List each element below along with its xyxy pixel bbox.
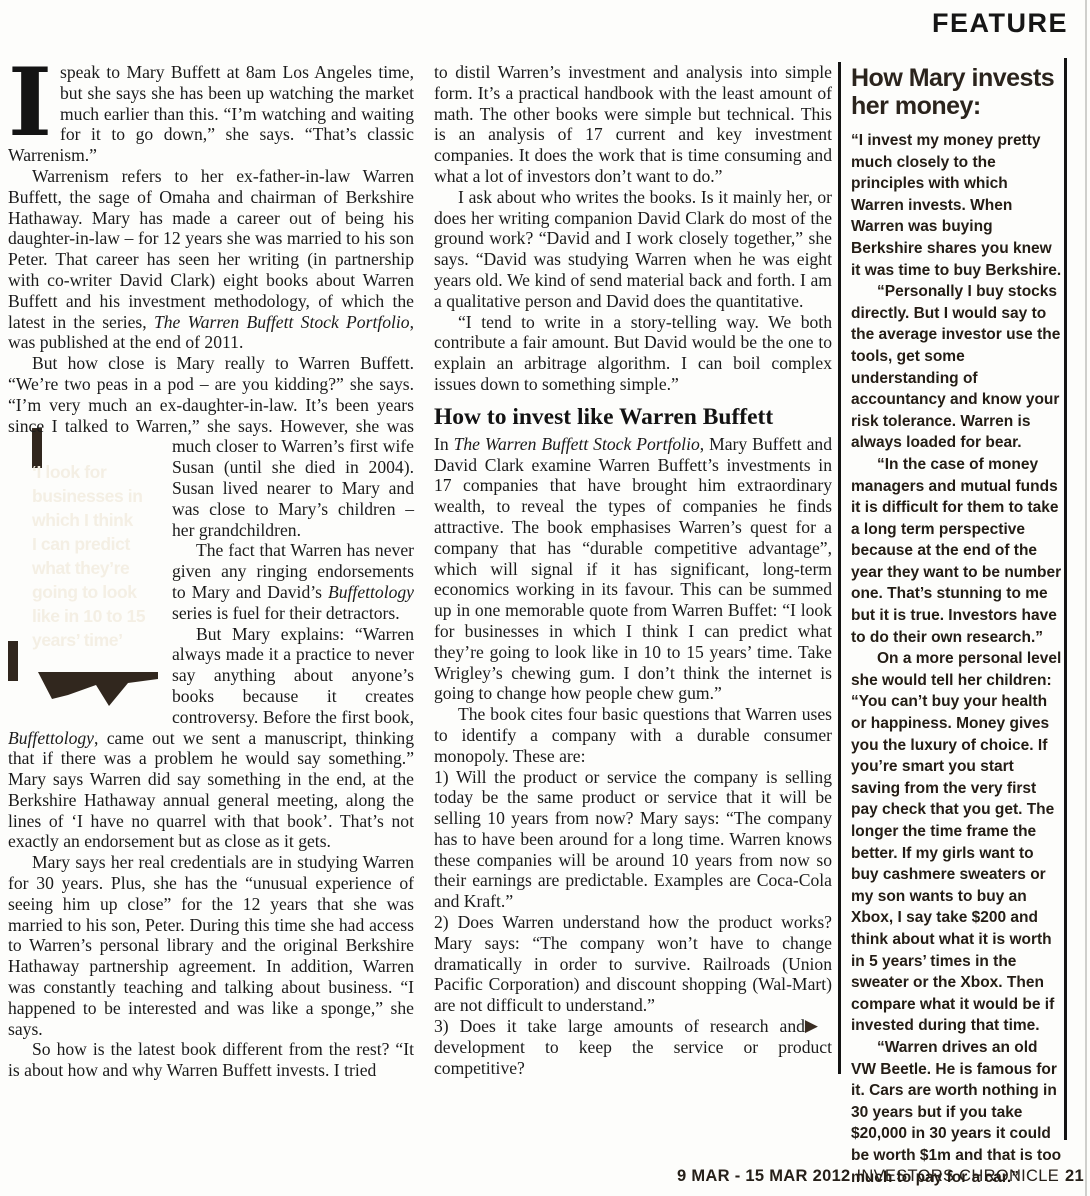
sidebar-title: How Mary invests her money: [851, 64, 1063, 120]
left-column: Ispeak to Mary Buffett at 8am Los Angele… [8, 62, 414, 1081]
page-footer: 9 MAR - 15 MAR 2012 INVESTORS CHRONICLE … [677, 1167, 1084, 1186]
paragraph-text: Buffettology [8, 728, 94, 748]
list-item: 1) Will the product or service the compa… [434, 767, 832, 913]
continuation-arrow-icon: ▶ [805, 1016, 818, 1037]
paragraph: I ask about who writes the books. Is it … [434, 187, 832, 312]
paragraph: Warrenism refers to her ex-father-in-law… [8, 166, 414, 353]
pull-quote-line: which I think [8, 508, 160, 532]
paragraph-text: But Mary explains: “Warren always made i… [172, 624, 414, 727]
paragraph: Mary says her real credentials are in st… [8, 852, 414, 1039]
paragraph: to distil Warren’s investment and analys… [434, 62, 832, 187]
footer-page-number: 21 [1065, 1167, 1084, 1186]
pull-quote-line: what they’re [8, 556, 160, 580]
magazine-page: FEATURE Ispeak to Mary Buffett at 8am Lo… [0, 0, 1090, 1196]
subheading: How to invest like Warren Buffett [434, 404, 832, 431]
sidebar-paragraph: On a more personal level she would tell … [851, 648, 1063, 1037]
pull-quote: ‘I look for businesses in which I think … [8, 439, 160, 708]
list-item: 2) Does Warren understand how the produc… [434, 912, 832, 1016]
drop-cap: I [8, 65, 52, 145]
paragraph-text: speak to Mary Buffett at 8am Los Angeles… [8, 62, 414, 165]
pull-quote-line: like in 10 to 15 [8, 604, 160, 628]
speech-bubble-tail-icon [8, 672, 160, 708]
paragraph: But how close is Mary really to Warren B… [8, 353, 414, 540]
sidebar-paragraph: “In the case of money managers and mutua… [851, 454, 1063, 648]
page-edge-line [1085, 0, 1087, 1196]
pull-quote-line: years’ time’ [8, 628, 160, 652]
paragraph-text: series is fuel for their detractors. [172, 603, 400, 623]
paragraph-text: The Warren Buffett Stock Portfolio [454, 434, 700, 454]
paragraph-text: In [434, 434, 454, 454]
sidebar-box: How Mary invests her money: “I invest my… [851, 64, 1063, 1188]
paragraph: In The Warren Buffett Stock Portfolio, M… [434, 434, 832, 704]
paragraph-text: Buffettology [328, 582, 414, 602]
article-body: Ispeak to Mary Buffett at 8am Los Angele… [8, 62, 832, 1081]
pull-quote-line: ‘I look for [8, 460, 160, 484]
pull-quote-line: businesses in [8, 484, 160, 508]
paragraph-text: The Warren Buffett Stock Portfolio [154, 312, 410, 332]
pull-quote-line: I can predict [8, 532, 160, 556]
pull-quote-box: ‘I look for businesses in which I think … [8, 428, 160, 681]
list-item: ▶3) Does it take large amounts of resear… [434, 1016, 832, 1078]
paragraph-text: , Mary Buffett and David Clark examine W… [434, 434, 832, 704]
paragraph-text: But how close is Mary really to Warren B… [8, 353, 414, 435]
sidebar-paragraph: “Warren drives an old VW Beetle. He is f… [851, 1037, 1063, 1188]
paragraph-text: 3) Does it take large amounts of researc… [434, 1016, 832, 1078]
paragraph: So how is the latest book different from… [8, 1039, 414, 1081]
footer-date-range: 9 MAR - 15 MAR 2012 [677, 1167, 851, 1186]
paragraph: Ispeak to Mary Buffett at 8am Los Angele… [8, 62, 414, 166]
section-label: FEATURE [932, 8, 1068, 39]
paragraph: “I tend to write in a story-telling way.… [434, 312, 832, 395]
middle-column: to distil Warren’s investment and analys… [434, 62, 832, 1081]
footer-publication: INVESTORS CHRONICLE [857, 1167, 1060, 1186]
sidebar-left-rule [838, 62, 841, 1074]
sidebar-right-rule [1064, 58, 1067, 1140]
paragraph-text: Warrenism refers to her ex-father-in-law… [8, 166, 414, 332]
sidebar-paragraph: “I invest my money pretty much closely t… [851, 130, 1063, 281]
pull-quote-line: going to look [8, 580, 160, 604]
paragraph: The book cites four basic questions that… [434, 704, 832, 766]
sidebar-paragraph: “Personally I buy stocks directly. But I… [851, 281, 1063, 454]
